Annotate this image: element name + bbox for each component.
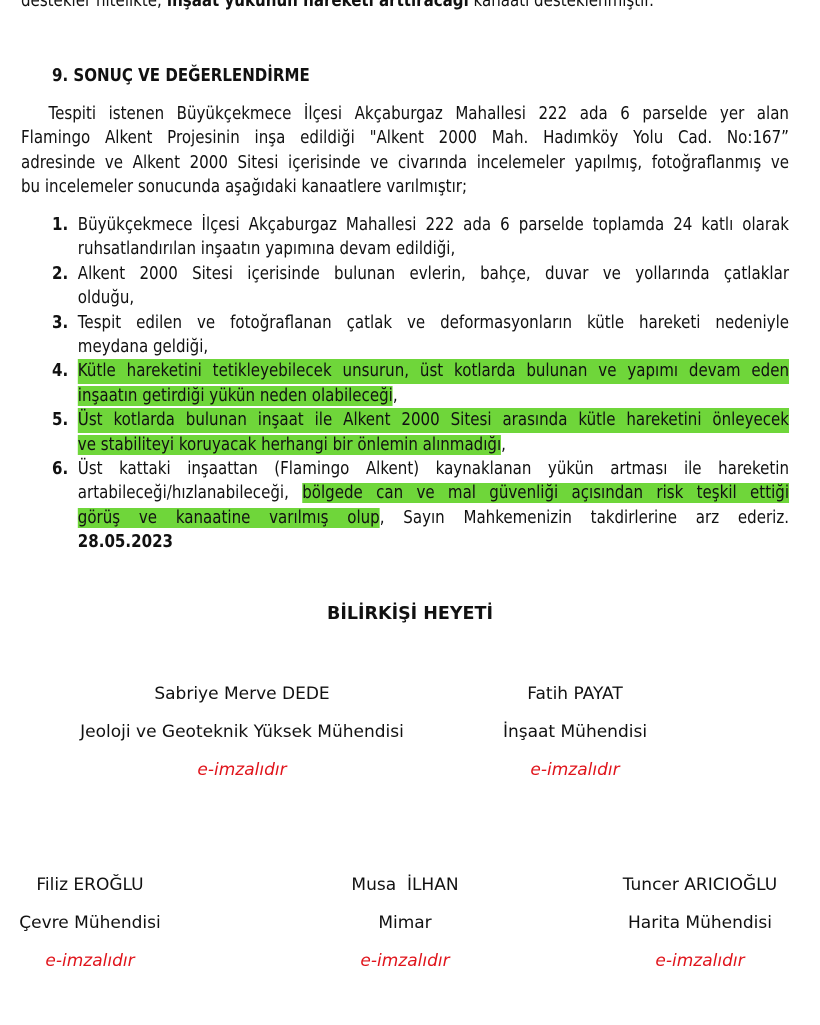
item-line: Büyükçekmece İlçesi Akçaburgaz Mahallesi… [78, 213, 789, 237]
signature-block: Sabriye Merve DEDE Jeoloji ve Geoteknik … [62, 684, 422, 780]
highlighted-text: ve stabiliteyi koruyacak herhangi bir ön… [78, 435, 501, 455]
finding-item: 3. Tespit edilen ve fotoğraflanan çatlak… [52, 311, 789, 360]
member-name: Fatih PAYAT [465, 684, 685, 722]
e-signature-label: e-imzalıdır [62, 760, 422, 780]
member-role: İnşaat Mühendisi [465, 722, 685, 760]
member-name: Musa İLHAN [320, 875, 490, 913]
e-signature-label: e-imzalıdır [605, 951, 795, 971]
item-tail: , [393, 386, 398, 406]
highlighted-line: Üst kotlarda bulunan inşaat ile Alkent 2… [78, 408, 789, 432]
item-line: ruhsatlandırılan inşaatın yapımına devam… [78, 237, 789, 261]
finding-item-highlighted: 5. Üst kotlarda bulunan inşaat ile Alken… [52, 408, 789, 457]
item-line: Alkent 2000 Sitesi içerisinde bulunan ev… [78, 262, 789, 286]
intro-line: Tespiti istenen Büyükçekmece İlçesi Akça… [21, 102, 789, 126]
member-name: Filiz EROĞLU [5, 875, 175, 913]
intro-line: adresinde ve Alkent 2000 Sitesi içerisin… [21, 151, 789, 175]
member-name: Tuncer ARICIOĞLU [605, 875, 795, 913]
tail-text: destekler nitelikte; [21, 0, 167, 11]
signature-block: Tuncer ARICIOĞLU Harita Mühendisi e-imza… [605, 875, 795, 971]
member-role: Harita Mühendisi [605, 913, 795, 951]
report-date: 28.05.2023 [78, 530, 789, 554]
previous-paragraph-tail: destekler nitelikte; inşaat yükünün hare… [21, 0, 795, 11]
item-text: artabileceği/hızlanabileceği, [78, 483, 302, 503]
tail-bold-text: inşaat yükünün hareketi arttıracağı [167, 0, 469, 11]
item-number: 1. [52, 213, 68, 237]
intro-paragraph: Tespiti istenen Büyükçekmece İlçesi Akça… [21, 102, 789, 200]
item-number: 2. [52, 262, 68, 286]
member-role: Çevre Mühendisi [5, 913, 175, 951]
committee-title: BİLİRKİŞİ HEYETİ [0, 604, 820, 624]
item-number: 4. [52, 359, 68, 383]
highlighted-text: bölgede can ve mal güvenliği açısından r… [302, 483, 789, 503]
finding-item: 2. Alkent 2000 Sitesi içerisinde bulunan… [52, 262, 789, 311]
e-signature-label: e-imzalıdır [320, 951, 490, 971]
item-line: Üst kattaki inşaattan (Flamingo Alkent) … [78, 457, 789, 481]
highlighted-text: görüş ve kanaatine varılmış olup [78, 508, 380, 528]
item-number: 6. [52, 457, 68, 481]
signature-block: Fatih PAYAT İnşaat Mühendisi e-imzalıdır [465, 684, 685, 780]
member-name: Sabriye Merve DEDE [62, 684, 422, 722]
member-role: Mimar [320, 913, 490, 951]
findings-list: 1. Büyükçekmece İlçesi Akçaburgaz Mahall… [52, 213, 789, 555]
member-role: Jeoloji ve Geoteknik Yüksek Mühendisi [62, 722, 422, 760]
intro-line: bu incelemeler sonucunda aşağıdaki kanaa… [21, 175, 789, 199]
item-line: meydana geldiği, [78, 335, 789, 359]
signature-block: Musa İLHAN Mimar e-imzalıdır [320, 875, 490, 971]
item-text: , Sayın Mahkemenizin takdirlerine arz ed… [380, 508, 789, 528]
e-signature-label: e-imzalıdır [465, 760, 685, 780]
item-line: olduğu, [78, 286, 789, 310]
finding-item: 1. Büyükçekmece İlçesi Akçaburgaz Mahall… [52, 213, 789, 262]
finding-item-highlighted: 4. Kütle hareketini tetikleyebilecek uns… [52, 359, 789, 408]
item-number: 5. [52, 408, 68, 432]
item-line: Tespit edilen ve fotoğraflanan çatlak ve… [78, 311, 789, 335]
tail-text-end: kanaati desteklenmiştir. [469, 0, 654, 11]
highlighted-text: inşaatın getirdiği yükün neden olabilece… [78, 386, 393, 406]
item-number: 3. [52, 311, 68, 335]
highlighted-line: Kütle hareketini tetikleyebilecek unsuru… [78, 359, 789, 383]
e-signature-label: e-imzalıdır [5, 951, 175, 971]
intro-line: Flamingo Alkent Projesinin inşa edildiği… [21, 126, 789, 150]
section-heading: 9. SONUÇ VE DEĞERLENDİRME [52, 66, 310, 86]
item-tail: , [501, 435, 506, 455]
finding-item-conclusion: 6. Üst kattaki inşaattan (Flamingo Alken… [52, 457, 789, 555]
signature-block: Filiz EROĞLU Çevre Mühendisi e-imzalıdır [5, 875, 175, 971]
